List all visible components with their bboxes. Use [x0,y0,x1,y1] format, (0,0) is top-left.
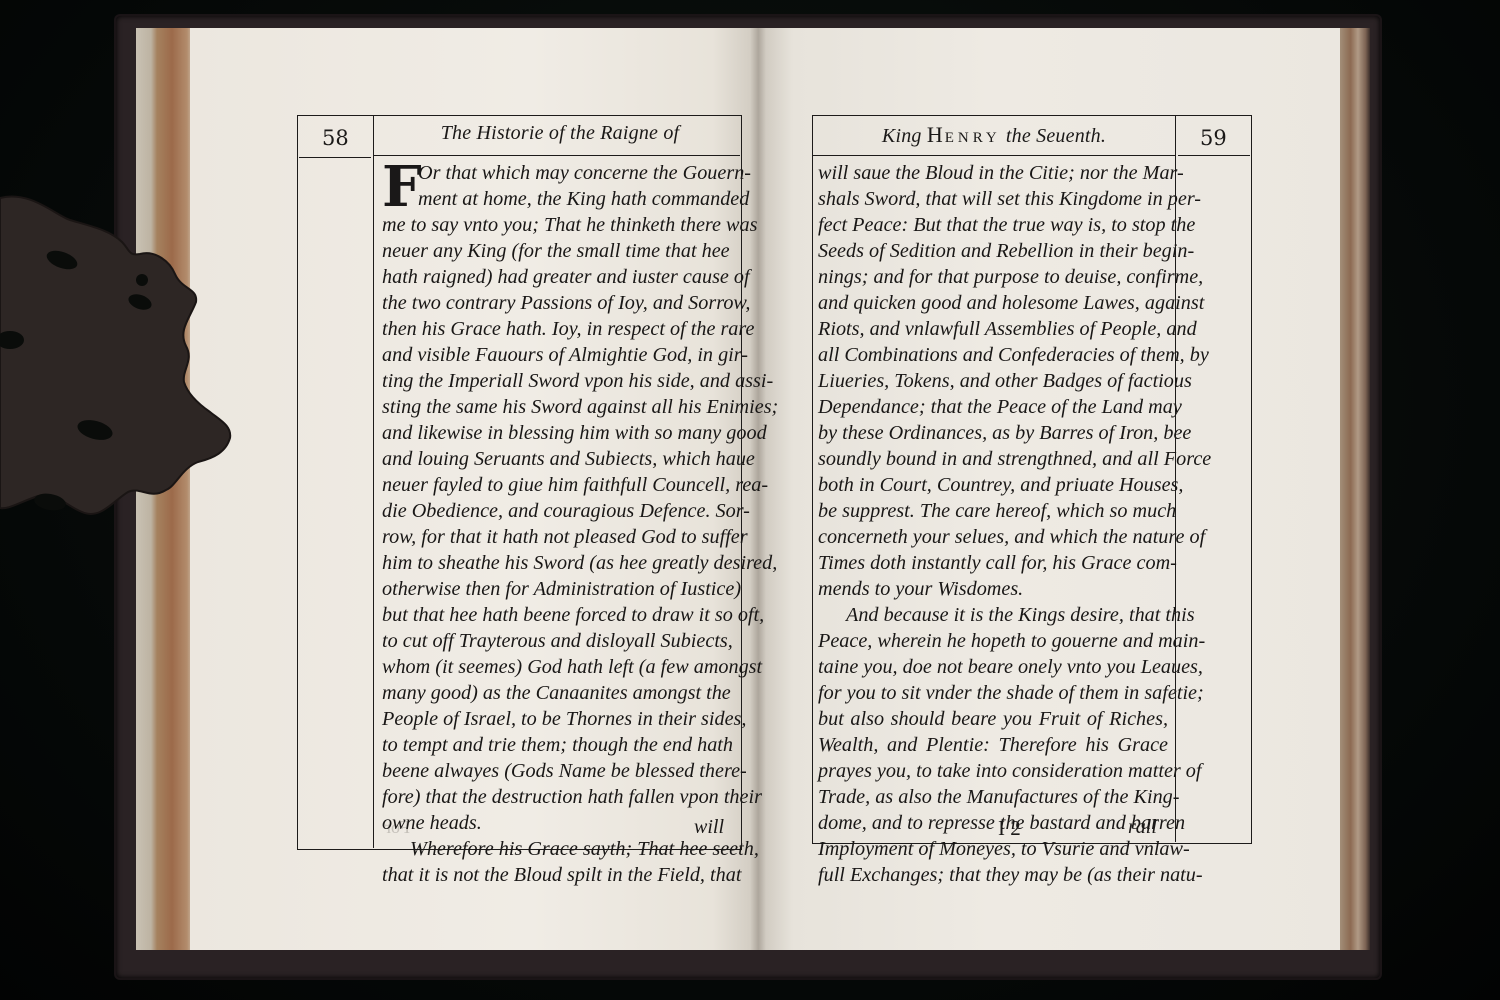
text-line: will saue the Bloud in the Citie; nor th… [818,160,1168,186]
text-line: die Obedience, and couragious Defence. S… [382,498,728,524]
text-line: whom (it seemes) God hath left (a few am… [382,654,728,680]
text-line: otherwise then for Administration of Ius… [382,576,728,602]
text-line: And because it is the Kings desire, that… [818,602,1168,628]
text-line: Imployment of Moneyes, to Vsurie and vnl… [818,836,1168,862]
text-line: shals Sword, that will set this Kingdome… [818,186,1168,212]
text-line: Times doth instantly call for, his Grace… [818,550,1168,576]
left-text-block: F Or that which may concerne the Gouern-… [382,160,728,888]
left-margin-divider [373,115,374,848]
text-line: mends to your Wisdomes. [818,576,1168,602]
right-text-block: will saue the Bloud in the Citie; nor th… [818,160,1168,888]
running-head-name-rest: ENRY [945,130,1001,146]
drop-cap: F [382,162,422,212]
text-line: fore) that the destruction hath fallen v… [382,784,728,810]
text-line: Wealth, and Plentie: Therefore his Grace [818,732,1168,758]
running-head-left: The Historie of the Raigne of [380,122,740,145]
text-line: owne heads. [382,810,728,836]
text-line: Seeds of Sedition and Rebellion in their… [818,238,1168,264]
text-line: sting the same his Sword against all his… [382,394,728,420]
right-page-edges [1340,28,1370,950]
text-line: both in Court, Countrey, and priuate Hou… [818,472,1168,498]
text-line: then his Grace hath. Ioy, in respect of … [382,316,728,342]
text-line: him to sheathe his Sword (as hee greatly… [382,550,728,576]
text-line: prayes you, to take into consideration m… [818,758,1168,784]
text-line: concerneth your selues, and which the na… [818,524,1168,550]
text-line: by these Ordinances, as by Barres of Iro… [818,420,1168,446]
page-number-right: 59 [1200,126,1227,150]
catchword-right: rall [1128,816,1157,839]
left-header-rule [373,155,740,156]
text-line: taine you, doe not beare onely vnto you … [818,654,1168,680]
text-line: ting the Imperiall Sword vpon his side, … [382,368,728,394]
text-line: the two contrary Passions of Ioy, and So… [382,290,728,316]
right-margin-rule [1178,155,1250,156]
text-line: to tempt and trie them; though the end h… [382,732,728,758]
text-line: neuer any King (for the small time that … [382,238,728,264]
running-head-king: King [882,125,922,147]
text-line: for you to sit vnder the shade of them i… [818,680,1168,706]
text-line: and visible Fauours of Almightie God, in… [382,342,728,368]
text-line: People of Israel, to be Thornes in their… [382,706,728,732]
text-line: Peace, wherein he hopeth to gouerne and … [818,628,1168,654]
text-line: Dependance; that the Peace of the Land m… [818,394,1168,420]
text-line: nings; and for that purpose to deuise, c… [818,264,1168,290]
text-line: full Exchanges; that they may be (as the… [818,862,1168,888]
page-number-left: 58 [322,126,349,150]
text-line: but that hee hath beene forced to draw i… [382,602,728,628]
text-line: to cut off Trayterous and disloyall Subi… [382,628,728,654]
text-line: Trade, as also the Manufactures of the K… [818,784,1168,810]
text-line: Or that which may concerne the Gouern- [382,160,728,186]
text-line: Wherefore his Grace sayth; That hee seet… [382,836,728,862]
text-line: beene alwayes (Gods Name be blessed ther… [382,758,728,784]
text-line: neuer fayled to giue him faithfull Counc… [382,472,728,498]
text-line: and louing Seruants and Subiects, which … [382,446,728,472]
text-line: row, for that it hath not pleased God to… [382,524,728,550]
metal-bookmark-clasp [0,190,260,530]
catchword-left: will [694,816,724,839]
text-line: but also should beare you Fruit of Riche… [818,706,1168,732]
text-line: ment at home, the King hath commanded [382,186,728,212]
text-line: all Combinations and Confederacies of th… [818,342,1168,368]
text-line: Liueries, Tokens, and other Badges of fa… [818,368,1168,394]
text-line: and quicken good and holesome Lawes, aga… [818,290,1168,316]
running-head-right: King HENRY the Seuenth. [816,122,1172,148]
text-line: me to say vnto you; That he thinketh the… [382,212,728,238]
text-line: and likewise in blessing him with so man… [382,420,728,446]
right-header-rule [812,155,1176,156]
text-line: fect Peace: But that the true way is, to… [818,212,1168,238]
text-line: Riots, and vnlawfull Assemblies of Peopl… [818,316,1168,342]
left-margin-rule [299,157,371,158]
signature-mark: I 2 [998,816,1021,841]
text-line: soundly bound in and strengthned, and al… [818,446,1168,472]
text-line: that it is not the Bloud spilt in the Fi… [382,862,728,888]
text-line: be supprest. The care hereof, which so m… [818,498,1168,524]
running-head-name-initial: H [927,122,945,147]
text-line: many good) as the Canaanites amongst the [382,680,728,706]
text-line: dome, and to represse the bastard and ba… [818,810,1168,836]
text-line: hath raigned) had greater and iuster cau… [382,264,728,290]
running-head-seventh: the Seuenth. [1006,125,1106,147]
